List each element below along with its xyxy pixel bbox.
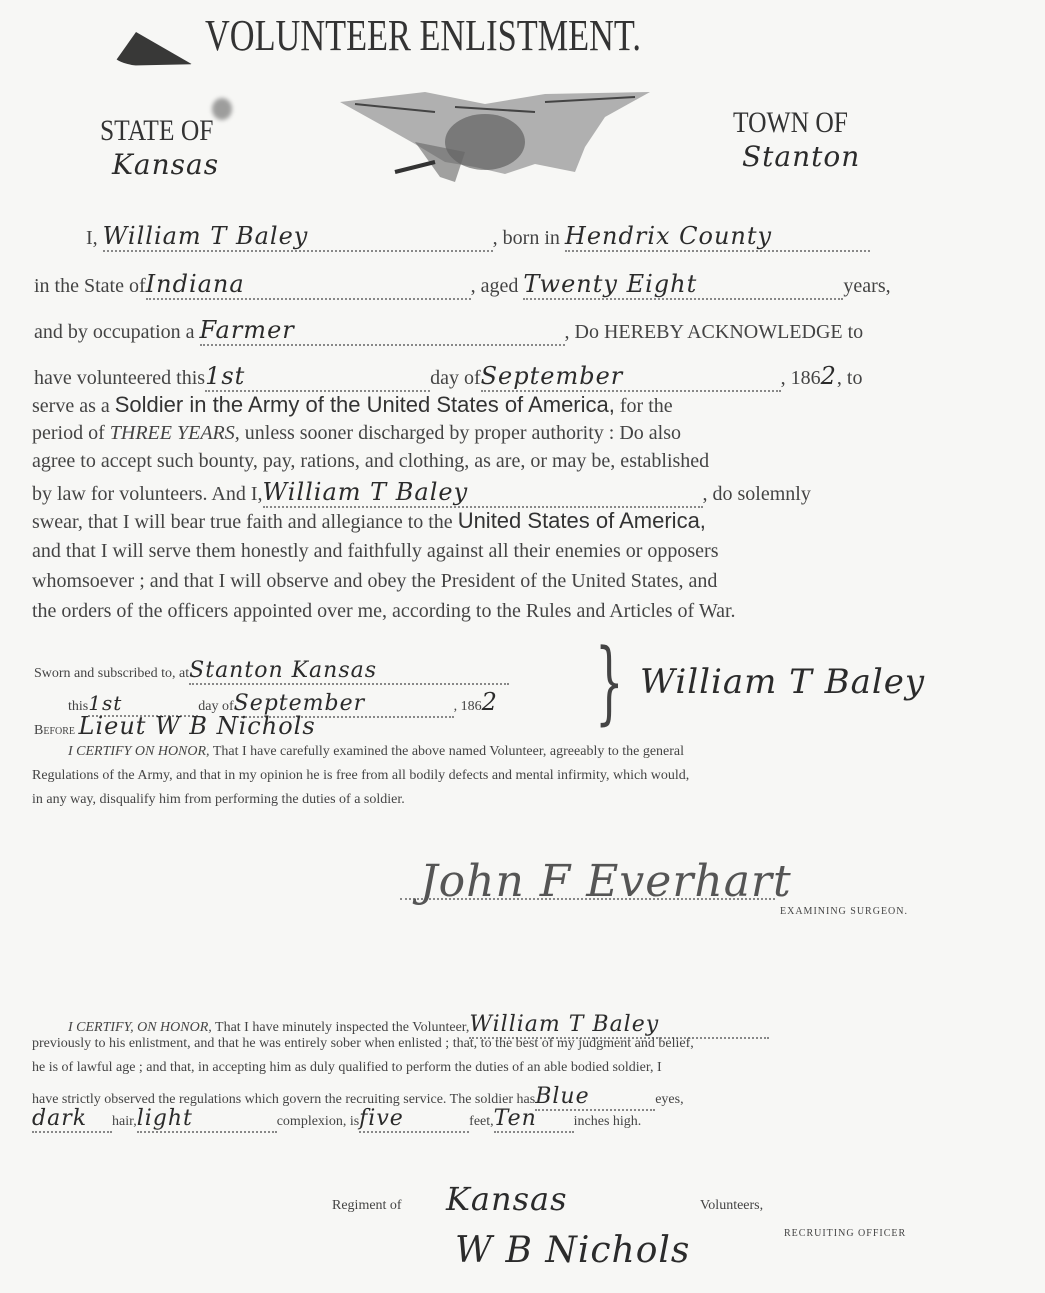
swear-prefix: swear, that I will bear true faith and a… (32, 511, 453, 533)
year-tail: , to (837, 367, 863, 389)
hair-label: hair, (112, 1114, 137, 1129)
period-italic: THREE YEARS, (110, 422, 240, 444)
surgeon-certify-italic: I CERTIFY ON HONOR, (68, 744, 210, 759)
swear-big: United States of America, (458, 508, 706, 533)
volunteer-signature: William T Baley (640, 662, 925, 702)
feet-field: five (359, 1106, 469, 1133)
birth-state-field: Indiana (146, 270, 471, 300)
acknowledge-text: , Do HEREBY ACKNOWLEDGE to (565, 321, 864, 343)
birthplace-field: Hendrix County (565, 222, 870, 252)
state-of-label: in the State of (34, 275, 146, 297)
orders-line: the orders of the officers appointed ove… (32, 600, 736, 623)
state-value: Kansas (112, 148, 219, 181)
serve-line-end: for the (620, 395, 673, 417)
enlist-month-field: September (481, 362, 781, 392)
surgeon-line-2: Regulations of the Army, and that in my … (32, 768, 689, 784)
brace-icon: } (595, 630, 624, 735)
surgeon-line-1: That I have carefully examined the above… (213, 744, 684, 759)
state-label: STATE OF (100, 114, 213, 148)
document-title: VOLUNTEER ENLISTMENT. (205, 10, 641, 61)
enlist-day-field: 1st (205, 362, 430, 392)
recruiter-line-4: have strictly observed the regulations w… (32, 1092, 535, 1107)
oath-name-field: William T Baley (263, 478, 703, 508)
occupation-label: and by occupation a (34, 321, 195, 343)
whomsoever-line: whomsoever ; and that I will observe and… (32, 570, 717, 593)
year-prefix: , 186 (781, 367, 821, 389)
sworn-year-prefix: , 186 (454, 699, 482, 714)
law-suffix: , do solemnly (703, 483, 811, 505)
serve-line-big: Soldier in the Army of the United States… (115, 392, 615, 417)
volunteered-label: have volunteered this (34, 367, 205, 389)
recruiter-title: RECRUITING OFFICER (784, 1228, 906, 1239)
hair-field: dark (32, 1106, 112, 1133)
town-value: Stanton (742, 140, 860, 173)
recruiter-line-3: he is of lawful age ; and that, in accep… (32, 1060, 662, 1076)
inches-label: inches high. (574, 1114, 642, 1129)
law-prefix: by law for volunteers. And I, (32, 483, 263, 505)
regiment-field: Kansas (446, 1180, 568, 1218)
inches-field: Ten (494, 1106, 574, 1133)
eyes-label: eyes, (655, 1092, 683, 1107)
feet-label: feet, (469, 1114, 493, 1129)
volunteer-name-field: William T Baley (103, 222, 493, 252)
surgeon-title: EXAMINING SURGEON. (780, 906, 908, 917)
sworn-at-field: Stanton Kansas (189, 658, 509, 685)
age-field: Twenty Eight (523, 270, 843, 300)
year-suffix: 2 (821, 362, 837, 390)
town-label: TOWN OF (733, 106, 848, 140)
ink-blot (112, 32, 192, 66)
complexion-label: complexion, is (277, 1114, 359, 1129)
sworn-at-label: Sworn and subscribed to, at (34, 666, 189, 681)
ink-smudge (212, 98, 232, 120)
occupation-field: Farmer (200, 316, 565, 346)
before-label: Before (34, 723, 75, 738)
born-in-label: , born in (493, 227, 560, 249)
before-officer-field: Lieut W B Nichols (79, 712, 316, 740)
aged-label: , aged (471, 275, 519, 297)
i-prefix: I, (86, 227, 98, 249)
volunteers-label: Volunteers, (700, 1198, 763, 1214)
sworn-year-suffix: 2 (482, 688, 498, 716)
period-rest: unless sooner discharged by proper autho… (245, 422, 681, 444)
recruiter-signature: W B Nichols (455, 1230, 690, 1271)
eagle-emblem-icon (335, 92, 655, 187)
day-of-label: day of (430, 367, 481, 389)
agree-line: agree to accept such bounty, pay, ration… (32, 450, 709, 473)
surgeon-signature: John F Everhart (420, 856, 792, 907)
surgeon-line-3: in any way, disqualify him from performi… (32, 792, 405, 808)
serve-faith-line: and that I will serve them honestly and … (32, 540, 718, 563)
complexion-field: light (137, 1106, 277, 1133)
inspected-volunteer-field: William T Baley (469, 1012, 769, 1039)
recruiter-line-1: That I have minutely inspected the Volun… (215, 1020, 469, 1035)
period-prefix: period of (32, 422, 105, 444)
recruiter-certify-italic: I CERTIFY, ON HONOR, (68, 1020, 212, 1035)
recruiter-line-2: previously to his enlistment, and that h… (32, 1036, 694, 1052)
years-label: years, (843, 275, 890, 297)
regiment-label: Regiment of (332, 1198, 402, 1214)
serve-line-start: serve as a (32, 395, 110, 417)
